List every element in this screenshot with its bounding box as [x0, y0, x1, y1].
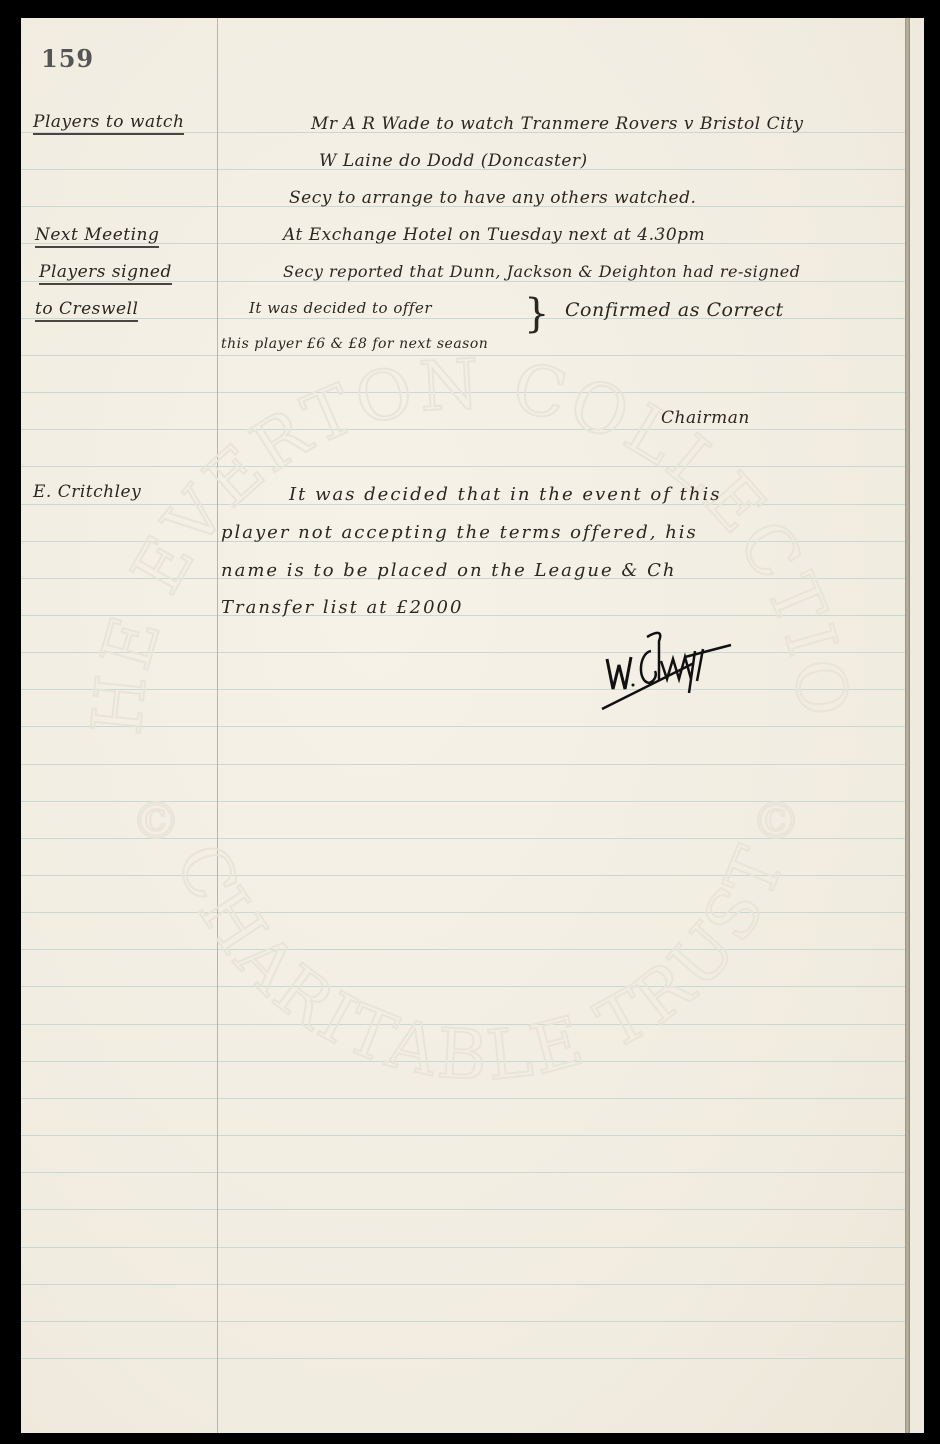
entry-line: It was decided that in the event of this: [289, 484, 721, 505]
ruled-line: [21, 689, 905, 690]
entry-line: At Exchange Hotel on Tuesday next at 4.3…: [283, 225, 705, 245]
svg-text:CHARITABLE TRUST: CHARITABLE TRUST: [160, 833, 803, 1097]
binding-strip: [905, 18, 910, 1433]
ruled-line: [21, 726, 905, 727]
red-margin-line: [217, 18, 218, 1433]
margin-heading-players-to-watch: Players to watch: [33, 112, 184, 135]
confirmation-text: Confirmed as Correct: [565, 299, 784, 321]
margin-heading-players-signed: Players signed: [39, 262, 172, 285]
ruled-line: [21, 1321, 905, 1322]
margin-heading-next-meeting: Next Meeting: [35, 225, 159, 248]
ruled-line: [21, 429, 905, 430]
ruled-line: [21, 838, 905, 839]
ruled-line: [21, 1024, 905, 1025]
ruled-line: [21, 355, 905, 356]
chairman-label: Chairman: [661, 408, 750, 428]
chairman-signature: W.C. Cuff: [599, 621, 759, 711]
page-number: 159: [41, 44, 94, 73]
ruled-line: [21, 986, 905, 987]
entry-line: player not accepting the terms offered, …: [221, 522, 698, 543]
entry-line: this player £6 & £8 for next season: [221, 336, 488, 352]
brace: }: [524, 294, 549, 334]
ruled-line: [21, 652, 905, 653]
entry-line: W Laine do Dodd (Doncaster): [319, 151, 588, 171]
entry-line: Secy reported that Dunn, Jackson & Deigh…: [283, 262, 800, 281]
entry-line: Secy to arrange to have any others watch…: [289, 188, 696, 208]
ruled-line: [21, 1284, 905, 1285]
entry-line: name is to be placed on the League & Ch: [221, 560, 676, 581]
margin-heading-critchley: E. Critchley: [33, 482, 141, 502]
ruled-line: [21, 1247, 905, 1248]
ruled-line: [21, 912, 905, 913]
ruled-line: [21, 392, 905, 393]
entry-line: Mr A R Wade to watch Tranmere Rovers v B…: [311, 114, 804, 134]
signature-text: W.C. Cuff: [599, 621, 604, 622]
ruled-line: [21, 1209, 905, 1210]
ruled-line: [21, 875, 905, 876]
entry-line: Transfer list at £2000: [221, 597, 463, 618]
ruled-line: [21, 466, 905, 467]
ruled-line: [21, 949, 905, 950]
ruled-line: [21, 764, 905, 765]
ruled-line: [21, 1135, 905, 1136]
watermark-bottom-text: CHARITABLE TRUST: [160, 833, 803, 1097]
ruled-line: [21, 1098, 905, 1099]
margin-heading-to-creswell: to Creswell: [35, 299, 138, 322]
entry-line: It was decided to offer: [249, 299, 432, 317]
ruled-line: [21, 1358, 905, 1359]
ruled-line: [21, 1172, 905, 1173]
ruled-line: [21, 801, 905, 802]
ruled-line: [21, 1061, 905, 1062]
ledger-page: THE EVERTON COLLECTION CHARITABLE TRUST …: [21, 18, 905, 1433]
